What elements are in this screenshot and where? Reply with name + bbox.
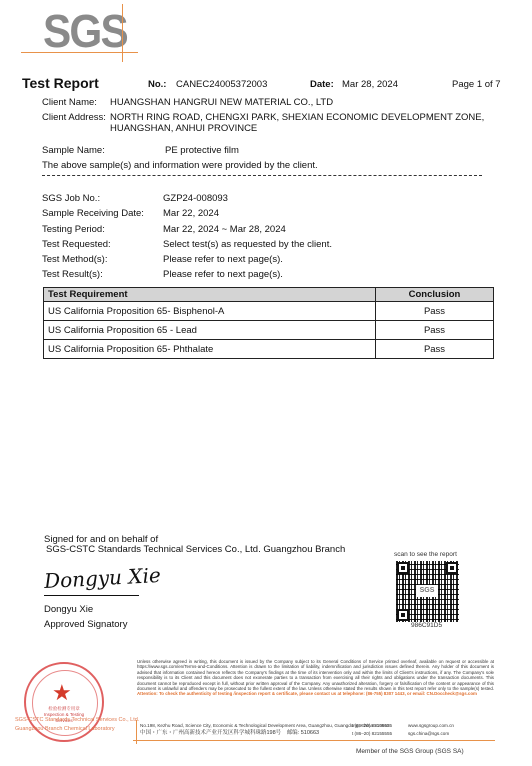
signatory-role: Approved Signatory: [44, 619, 127, 631]
conclusion-cell: Pass: [376, 340, 494, 359]
header-conclusion: Conclusion: [376, 288, 494, 302]
sgs-logo: SGS: [43, 4, 127, 58]
stamp-caption-line1: SGS-CSTC Standards Technical Services Co…: [15, 716, 139, 725]
detail-label: Test Requested:: [42, 239, 111, 251]
conclusion-cell: Pass: [376, 321, 494, 340]
legal-body: Unless otherwise agreed in writing, this…: [137, 659, 494, 691]
qr-sgs-label: SGS: [416, 585, 438, 597]
requirement-cell: US California Proposition 65- Bisphenol-…: [44, 302, 376, 321]
page-indicator: Page 1 of 7: [452, 79, 501, 90]
detail-value: Please refer to next page(s).: [163, 254, 283, 266]
client-address-line2: HUANGSHAN, ANHUI PROVINCE: [110, 123, 257, 135]
report-date: Mar 28, 2024: [342, 79, 398, 90]
qr-code[interactable]: SGS: [396, 561, 459, 622]
stamp-caption-line2: Guangzhou Branch Chemical Laboratory: [15, 725, 139, 734]
detail-label: Sample Receiving Date:: [42, 208, 144, 220]
table-row: US California Proposition 65- Bisphenol-…: [44, 302, 494, 321]
requirement-cell: US California Proposition 65- Phthalate: [44, 340, 376, 359]
detail-value: Mar 22, 2024: [163, 208, 219, 220]
detail-value: Select test(s) as requested by the clien…: [163, 239, 332, 251]
qr-finder-icon: [397, 562, 409, 574]
detail-label: Test Method(s):: [42, 254, 107, 266]
dashed-divider: [42, 175, 482, 176]
detail-label: SGS Job No.:: [42, 193, 100, 205]
report-number: CANEC24005372003: [176, 79, 267, 90]
footer-contacts: www.sgsgroup.com.cn sgs.china@sgs.com: [408, 722, 454, 737]
sample-name-label: Sample Name:: [42, 145, 105, 157]
report-number-label: No.:: [148, 79, 166, 90]
table-header-row: Test Requirement Conclusion: [44, 288, 494, 302]
conclusion-cell: Pass: [376, 302, 494, 321]
header-test-requirement: Test Requirement: [44, 288, 376, 302]
phone-2: t (86–20) 82155555: [352, 730, 392, 738]
legal-disclaimer: Unless otherwise agreed in writing, this…: [137, 659, 494, 697]
member-statement: Member of the SGS Group (SGS SA): [356, 748, 464, 755]
legal-attention: Attention: To check the authenticity of …: [137, 691, 477, 696]
email-link[interactable]: sgs.china@sgs.com: [408, 730, 454, 738]
footer-phones: t (86–20) 82155555 t (86–20) 82155555: [352, 722, 392, 737]
handwritten-signature: Dongyu Xie: [43, 563, 161, 593]
signing-company: SGS-CSTC Standards Technical Services Co…: [46, 544, 345, 556]
logo-vertical-rule: [122, 4, 123, 62]
sample-name: PE protective film: [165, 145, 239, 157]
logo-horizontal-rule: [21, 52, 138, 53]
table-row: US California Proposition 65- Phthalate …: [44, 340, 494, 359]
detail-label: Test Result(s):: [42, 269, 103, 281]
report-date-label: Date:: [310, 79, 334, 90]
detail-label: Testing Period:: [42, 224, 105, 236]
results-table: Test Requirement Conclusion US Californi…: [43, 287, 494, 359]
detail-value: GZP24-008093: [163, 193, 228, 205]
client-name: HUANGSHAN HANGRUI NEW MATERIAL CO., LTD: [110, 97, 333, 109]
client-address-label: Client Address:: [42, 112, 106, 124]
website-link[interactable]: www.sgsgroup.com.cn: [408, 722, 454, 730]
star-icon: ★: [52, 680, 72, 706]
stamp-caption: SGS-CSTC Standards Technical Services Co…: [15, 716, 139, 734]
qr-code-text: 986C91D5: [411, 622, 442, 629]
table-row: US California Proposition 65 - Lead Pass: [44, 321, 494, 340]
signature-line: [44, 595, 139, 596]
signatory-name: Dongyu Xie: [44, 604, 93, 616]
qr-caption: scan to see the report: [394, 551, 457, 558]
client-name-label: Client Name:: [42, 97, 97, 109]
phone-1: t (86–20) 82155555: [352, 722, 392, 730]
qr-finder-icon: [397, 609, 409, 621]
report-title: Test Report: [22, 75, 99, 91]
detail-value: Mar 22, 2024 ~ Mar 28, 2024: [163, 224, 286, 236]
detail-value: Please refer to next page(s).: [163, 269, 283, 281]
footer-rule: [133, 740, 495, 741]
qr-finder-icon: [446, 562, 458, 574]
requirement-cell: US California Proposition 65 - Lead: [44, 321, 376, 340]
sample-note: The above sample(s) and information were…: [42, 160, 318, 172]
